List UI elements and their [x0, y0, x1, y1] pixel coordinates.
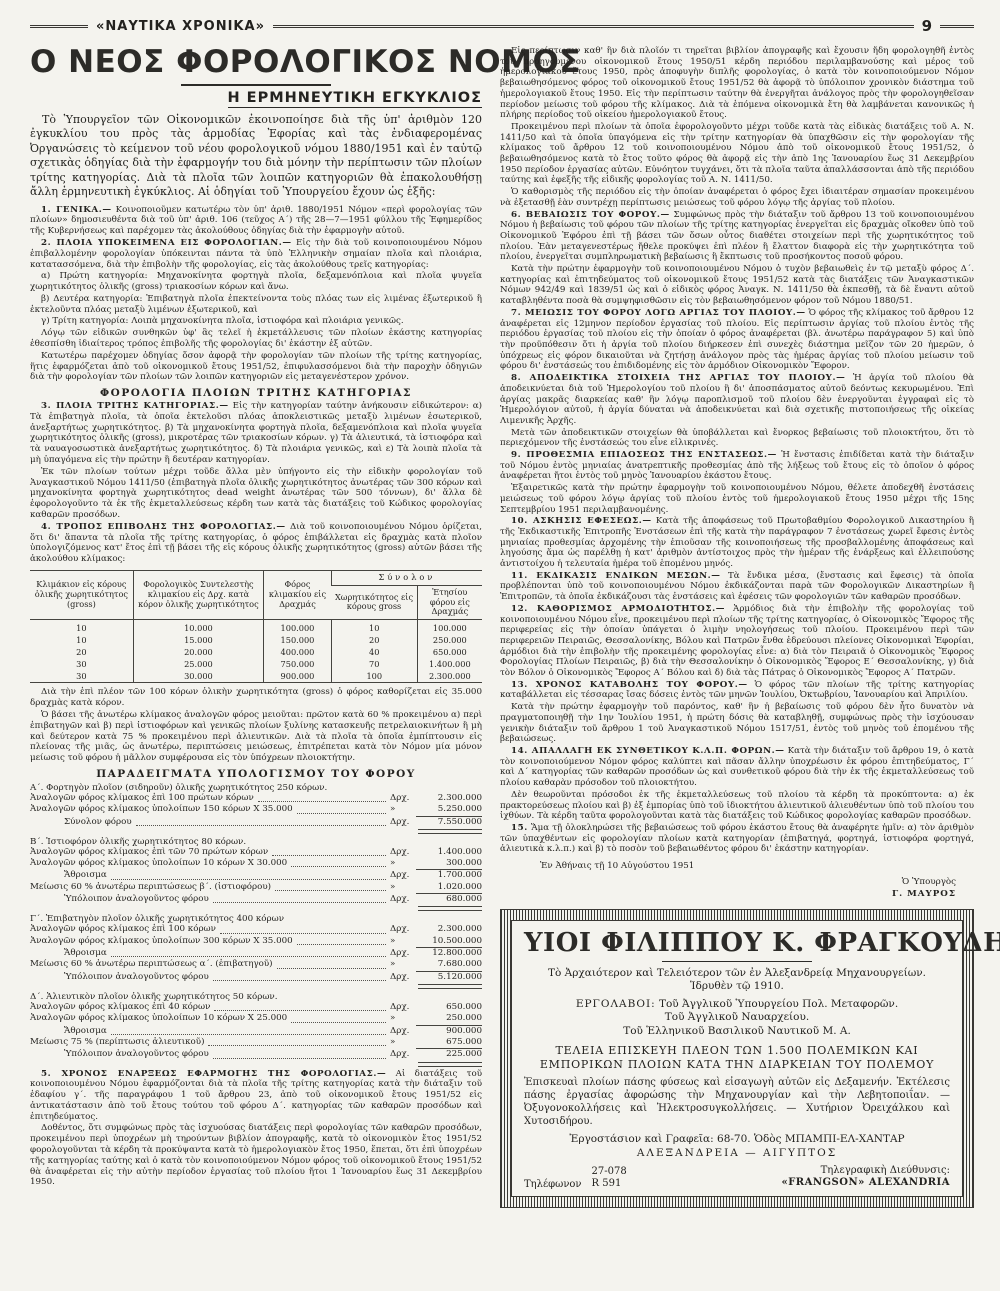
table-row: 1010.000100.00010100.000: [30, 620, 482, 635]
paragraph-text: γ) Τρίτη κατηγορία: Λοιπὰ μηχανοκίνητα π…: [41, 316, 404, 326]
leader-dots: [213, 902, 386, 903]
line-label: Μείωσις 75 % (περίπτωσις ἁλιευτικοῦ): [30, 1037, 204, 1048]
ad-contractors-label: ΕΡΓΟΛΑΒΟΙ:: [576, 998, 656, 1010]
leader-dots: [111, 879, 386, 880]
currency: Δρχ.: [390, 894, 416, 905]
table-cell: 250.000: [417, 635, 482, 647]
section-label: 13. ΧΡΟΝΟΣ ΚΑΤΑΒΟΛΗΣ ΤΟΥ ΦΟΡΟΥ.—: [511, 680, 748, 690]
paragraph-text: Μετὰ τῶν ἀποδεικτικῶν στοιχείων θὰ ὑποβά…: [500, 428, 974, 449]
paragraph-first-installment: Κατὰ τὴν πρώτην ἐφαρμογὴν τοῦ παρόντος, …: [500, 702, 974, 745]
leader-dots: [213, 1058, 386, 1059]
currency: Δρχ.: [390, 1002, 416, 1013]
masthead-rule-center: [273, 25, 914, 28]
paragraph-previous-taxation: Ἐκ τῶν πλοίων τούτων μέχρι τοῦδε ἄλλα μὲ…: [30, 467, 482, 521]
example-line: Ἀναλογῶν φόρος κλίμακος ὑπολοίπων 150 κό…: [30, 804, 482, 815]
leader-dots: [291, 866, 386, 867]
example-subtotal-line: ἌθροισμαΔρχ.900.000: [30, 1025, 482, 1037]
ad-phone-numbers: 27-078 R 591: [592, 1166, 627, 1190]
section-label: 1. ΓΕΝΙΚΑ.—: [41, 205, 112, 215]
currency: »: [390, 858, 416, 869]
paragraph-text: Ἁρμόδιος διὰ τὴν ἐπιβολὴν τῆς φορολογίας…: [500, 604, 974, 678]
intro-paragraph: Τὸ Ὑπουργεῖον τῶν Οἰκονομικῶν ἐκοινοποίη…: [30, 113, 482, 200]
example-total-line: Ὑπόλοιπον ἀναλογοῦντος φόρουΔρχ.680.000: [30, 893, 482, 905]
example-reduction-line: Μείωσις 60 % ἀνωτέρω περιπτώσεως β΄. (ἱσ…: [30, 882, 482, 893]
section-label: 5. ΧΡΟΝΟΣ ΕΝΑΡΞΕΩΣ ΕΦΑΡΜΟΓΗΣ ΤΗΣ ΦΟΡΟΛΟΓ…: [41, 1069, 386, 1079]
ad-address: Ἐργοστάσιον καὶ Γραφεῖα: 68-70. Ὁδὸς ΜΠΑ…: [524, 1133, 950, 1160]
table-cell: 100.000: [417, 620, 482, 635]
leader-dots: [297, 813, 386, 814]
example-line: Ἀναλογῶν φόρος κλίμακος ὑπολοίπων 10 κόρ…: [30, 858, 482, 869]
example-line: Ἀναλογῶν φόρος κλίμακος ὑπολοίπων 300 κό…: [30, 936, 482, 947]
example-line: Ἀναλογῶν φόρος κλίμακος ἐπὶ τῶν 70 πρώτω…: [30, 847, 482, 858]
currency: Δρχ.: [390, 793, 416, 804]
paragraph-application-detail: Δοθέντος, ὅτι συμφώνως πρὸς τὰς ἰσχυούσα…: [30, 1123, 482, 1188]
paragraph-text: Κατὰ τὴν πρώτην ἐφαρμογὴν τοῦ κοινοποιου…: [500, 264, 974, 306]
table-cell: 400.000: [264, 647, 332, 659]
paragraph-text: Δὲν θεωροῦνται πρόσοδοι ἐκ τῆς ἐκμεταλλε…: [500, 790, 974, 821]
two-column-layout: Ο ΝΕΟΣ ΦΟΡΟΛΟΓΙΚΟΣ ΝΟΜΟΣ Η ΕΡΜΗΝΕΥΤΙΚΗ Ε…: [30, 46, 974, 1208]
ad-company-name: ΥΙΟΙ ΦΙΛΙΠΠΟΥ Κ. ΦΡΑΓΚΟΥΔΗ: [524, 928, 950, 958]
leader-dots: [277, 968, 386, 969]
paragraph-text: Λόγῳ τῶν εἰδικῶν συνθηκῶν ὑφ' ἃς τελεῖ ἡ…: [30, 328, 482, 349]
section-label: 11. ΕΚΔΙΚΑΣΙΣ ΕΝΔΙΚΩΝ ΜΕΣΩΝ.—: [511, 571, 721, 581]
paragraph-idleness-evidence: 8. ΑΠΟΔΕΙΚΤΙΚΑ ΣΤΟΙΧΕΙΑ ΤΗΣ ΑΡΓΙΑΣ ΤΟΥ Π…: [500, 373, 974, 427]
currency: Δρχ.: [390, 1049, 416, 1060]
article-subtitle-text: Η ΕΡΜΗΝΕΥΤΙΚΗ ΕΓΚΥΚΛΙΟΣ: [228, 90, 483, 108]
paragraph-payment-time: 13. ΧΡΟΝΟΣ ΚΑΤΑΒΟΛΗΣ ΤΟΥ ΦΟΡΟΥ.— Ὁ φόρος…: [500, 680, 974, 701]
masthead-rule-right: [940, 25, 974, 28]
ad-phone-label: Τηλέφωνον: [524, 1179, 582, 1190]
example-block-d: Δ΄. Ἁλιευτικὸν πλοῖον ὁλικῆς χωρητικότητ…: [30, 992, 482, 1067]
amount: 7.680.000: [416, 959, 482, 970]
section-label: 9. ΠΡΟΘΕΣΜΙΑ ΕΠΙΔΟΣΕΩΣ ΤΗΣ ΕΝΣΤΑΣΕΩΣ.—: [511, 450, 777, 460]
paragraph-idleness-reduction: 7. ΜΕΙΩΣΙΣ ΤΟΥ ΦΟΡΟΥ ΛΟΓΩ ΑΡΓΙΑΣ ΤΟΥ ΠΛΟ…: [500, 308, 974, 372]
line-label: Μείωσις 60 % ἀνωτέρω περιπτώσεως β΄. (ἱσ…: [30, 882, 271, 893]
paragraph-text: Ἐκ τῶν πλοίων τούτων μέχρι τοῦδε ἄλλα μὲ…: [30, 467, 482, 520]
line-label: Ὑπόλοιπον ἀναλογοῦντος φόρου: [64, 1049, 209, 1060]
currency: »: [390, 959, 416, 970]
example-line: Ἀναλογῶν φόρος κλίμακος ὑπολοίπων 10 κόρ…: [30, 1013, 482, 1024]
signature-role: Ὁ Ὑπουργὸς: [500, 877, 956, 889]
line-label: Ἄθροισμα: [64, 870, 107, 881]
advertisement: ΥΙΟΙ ΦΙΛΙΠΠΟΥ Κ. ΦΡΑΓΚΟΥΔΗ Τὸ Ἀρχαιότερο…: [511, 920, 963, 1197]
currency: Δρχ.: [390, 972, 416, 983]
table-row: 2020.000400.00040650.000: [30, 647, 482, 659]
paragraph-adjudication: 11. ΕΚΔΙΚΑΣΙΣ ΕΝΔΙΚΩΝ ΜΕΣΩΝ.— Τὰ ἔνδικα …: [500, 571, 974, 603]
example-heading: Δ΄. Ἁλιευτικὸν πλοῖον ὁλικῆς χωρητικότητ…: [30, 992, 482, 1002]
line-label: Ἄθροισμα: [64, 948, 107, 959]
double-rule: [418, 906, 482, 911]
article-title: Ο ΝΕΟΣ ΦΟΡΟΛΟΓΙΚΟΣ ΝΟΜΟΣ: [30, 46, 482, 79]
ad-telegraph-label: Τηλεγραφικὴ Διεύθυνσις:: [781, 1165, 950, 1178]
table-cell: 20: [331, 635, 417, 647]
example-line: Ἀναλογῶν φόρος κλίμακος ἐπὶ 100 κόρωνΔρχ…: [30, 924, 482, 935]
article-subtitle: Η ΕΡΜΗΝΕΥΤΙΚΗ ΕΓΚΥΚΛΙΟΣ: [30, 90, 482, 106]
amount: 7.550.000: [416, 816, 482, 828]
paragraph-text: Ἐξαιρετικῶς κατὰ τὴν πρώτην ἐφαρμογὴν το…: [500, 483, 974, 514]
leader-dots: [275, 890, 386, 891]
ad-contractors: ΕΡΓΟΛΑΒΟΙ: Τοῦ Ἀγγλικοῦ Ὑπουργείου Πολ. …: [524, 998, 950, 1039]
currency: Δρχ.: [390, 948, 416, 959]
example-block-c: Γ΄. Ἐπιβατηγὸν πλοῖον ὁλικῆς χωρητικότητ…: [30, 914, 482, 989]
ad-repairs-statement: ΤΕΛΕΙΑ ΕΠΙΣΚΕΥΗ ΠΛΕΟΝ ΤΩΝ 1.500 ΠΟΛΕΜΙΚΩ…: [524, 1044, 950, 1073]
section-label: 12. ΚΑΘΟΡΙΣΜΟΣ ΑΡΜΟΔΙΟΤΗΤΟΣ.—: [511, 604, 725, 614]
leader-dots: [111, 1034, 386, 1035]
ad-address-city: ΑΛΕΞΑΝΔΡΕΙΑ — ΑΙΓΥΠΤΟΣ: [524, 1147, 950, 1161]
paragraph-tax-method: 4. ΤΡΟΠΟΣ ΕΠΙΒΟΛΗΣ ΤΗΣ ΦΟΡΟΛΟΓΙΑΣ.— Διὰ …: [30, 522, 482, 565]
line-label: Ὑπόλοιπον ἀναλογοῦντος φόρου: [64, 972, 209, 983]
amount: 2.300.000: [416, 793, 482, 804]
currency: »: [390, 804, 416, 815]
table-cell: 10: [30, 635, 133, 647]
ad-title-rule: [662, 961, 812, 962]
paragraph-over-100-tons: Διὰ τὴν ἐπὶ πλέον τῶν 100 κόρων ὁλικὴν χ…: [30, 687, 482, 709]
table-cell: 100: [331, 671, 417, 683]
amount: 5.120.000: [416, 971, 482, 983]
paragraph-text: α) Πρώτη κατηγορία: Μηχανοκίνητα φορτηγὰ…: [30, 271, 482, 292]
currency: Δρχ.: [390, 847, 416, 858]
paragraph-offset: Κατὰ τὴν πρώτην ἐφαρμογὴν τοῦ κοινοποιου…: [500, 264, 974, 307]
double-rule: [418, 829, 482, 834]
leader-dots: [291, 1022, 386, 1023]
table-header-bracket-tax: Φόρος κλιμακίου εἰς Δραχμάς: [264, 570, 332, 619]
example-reduction-line: Μείωσις 75 % (περίπτωσις ἁλιευτικοῦ)»675…: [30, 1037, 482, 1048]
amount: 10.500.000: [416, 936, 482, 947]
paragraph-exemption: 14. ΑΠΑΛΛΑΓΗ ΕΚ ΣΥΝΘΕΤΙΚΟΥ Κ.Λ.Π. ΦΟΡΩΝ.…: [500, 746, 974, 789]
currency: »: [390, 1037, 416, 1048]
paragraph-ships-subject: 2. ΠΛΟΙΑ ΥΠΟΚΕΙΜΕΝΑ ΕΙΣ ΦΟΡΟΛΟΓΙΑΝ.— Εἰς…: [30, 238, 482, 270]
ad-contractor-1: Τοῦ Ἀγγλικοῦ Ὑπουργείου Πολ. Μεταφορῶν.: [659, 998, 898, 1010]
double-rule: [418, 984, 482, 989]
example-total-line: Ὑπόλοιπον ἀναλογοῦντος φόρουΔρχ.5.120.00…: [30, 971, 482, 983]
line-label: Ἄθροισμα: [64, 1026, 107, 1037]
leader-dots: [214, 1010, 386, 1011]
paragraph-general: 1. ΓΕΝΙΚΑ.— Κοινοποιοῦμεν κατωτέρω τὸν ὑ…: [30, 205, 482, 237]
paragraph-category-a: α) Πρώτη κατηγορία: Μηχανοκίνητα φορτηγὰ…: [30, 271, 482, 293]
section-heading-third-category: ΦΟΡΟΛΟΓΙΑ ΠΛΟΙΩΝ ΤΡΙΤΗΣ ΚΑΤΗΓΟΡΙΑΣ: [30, 387, 482, 399]
paragraph-non-income: Δὲν θεωροῦνται πρόσοδοι ἐκ τῆς ἐκμεταλλε…: [500, 790, 974, 822]
leader-dots: [220, 933, 386, 934]
amount: 300.000: [416, 858, 482, 869]
ad-phone-number-2: R 591: [592, 1178, 627, 1190]
paragraph-text: Ὁ βάσει τῆς ἀνωτέρω κλίμακος ἀναλογῶν φό…: [30, 710, 482, 763]
example-line: Ἀναλογῶν φόρος κλίμακος ἐπὶ 40 κόρωνΔρχ.…: [30, 1002, 482, 1013]
table-cell: 15.000: [133, 635, 263, 647]
line-label: Ἀναλογῶν φόρος κλίμακος ἐπὶ 100 πρώτων κ…: [30, 793, 254, 804]
section-label: 7. ΜΕΙΩΣΙΣ ΤΟΥ ΦΟΡΟΥ ΛΟΓΩ ΑΡΓΙΑΣ ΤΟΥ ΠΛΟ…: [511, 308, 806, 318]
signature-block: Ὁ Ὑπουργὸς Γ. ΜΑΥΡΟΣ: [500, 877, 956, 900]
table-cell: 750.000: [264, 659, 332, 671]
amount: 1.020.000: [416, 882, 482, 893]
table-cell: 30.000: [133, 671, 263, 683]
example-subtotal-line: ἌθροισμαΔρχ.1.700.000: [30, 869, 482, 881]
line-label: Ἀναλογῶν φόρος κλίμακος ὑπολοίπων 10 κόρ…: [30, 858, 287, 869]
title-rule: [181, 84, 331, 86]
paragraph-period-definition: Ὁ καθορισμὸς τῆς περιόδου εἰς τὴν ὁποίαν…: [500, 187, 974, 208]
line-label: Ὑπόλοιπον ἀναλογοῦντος φόρου: [64, 894, 209, 905]
paragraph-logbook-case: Εἰς περίπτωσιν καθ' ἣν διὰ πλοῖόν τι τηρ…: [500, 46, 974, 121]
currency: Δρχ.: [390, 924, 416, 935]
date-line: Ἐν Ἀθήναις τῇ 10 Αὐγούστου 1951: [540, 861, 974, 871]
line-label: Μείωσις 60 % ἀνωτέρω περιπτώσεως α΄. (ἐπ…: [30, 959, 273, 970]
amount: 675.000: [416, 1037, 482, 1048]
line-label: Ἀναλογῶν φόρος κλίμακος ὑπολοίπων 150 κό…: [30, 804, 293, 815]
leader-dots: [213, 980, 386, 981]
currency: »: [390, 936, 416, 947]
magazine-page: «ΝΑΥΤΙΚΑ ΧΡΟΝΙΚΑ» 9 Ο ΝΕΟΣ ΦΟΡΟΛΟΓΙΚΟΣ Ν…: [0, 0, 1000, 1291]
amount: 2.300.000: [416, 924, 482, 935]
leader-dots: [272, 855, 386, 856]
paragraph-instructions-scope: Κατωτέρω παρέχομεν ὁδηγίας ὅσον ἀφορᾷ τὴ…: [30, 351, 482, 383]
ad-tagline: Τὸ Ἀρχαιότερον καὶ Τελειότερον τῶν ἐν Ἀλ…: [542, 967, 932, 994]
line-label: Ἀναλογῶν φόρος κλίμακος ἐπὶ 100 κόρων: [30, 924, 216, 935]
signature-name: Γ. ΜΑΥΡΟΣ: [500, 889, 956, 901]
table-cell: 25.000: [133, 659, 263, 671]
paragraph-third-category: 3. ΠΛΟΙΑ ΤΡΙΤΗΣ ΚΑΤΗΓΟΡΙΑΣ.— Εἰς τὴν κατ…: [30, 401, 482, 466]
ad-contractor-3: Τοῦ Ἑλληνικοῦ Βασιλικοῦ Ναυτικοῦ Μ. Α.: [524, 1025, 950, 1039]
advertisement-frame: ΥΙΟΙ ΦΙΛΙΠΠΟΥ Κ. ΦΡΑΓΚΟΥΔΗ Τὸ Ἀρχαιότερο…: [500, 909, 974, 1208]
example-heading: Α΄. Φορτηγὸν πλοῖον (σιδηροῦν) ὁλικῆς χω…: [30, 783, 482, 793]
table-cell: 1.400.000: [417, 659, 482, 671]
table-cell: 10: [331, 620, 417, 635]
amount: 1.700.000: [416, 869, 482, 881]
table-cell: 100.000: [264, 620, 332, 635]
table-row: 3030.000900.0001002.300.000: [30, 671, 482, 683]
leader-dots: [136, 825, 386, 826]
paragraph-text: Ὁ καθορισμὸς τῆς περιόδου εἰς τὴν ὁποίαν…: [500, 187, 974, 208]
paragraph-text: β) Δευτέρα κατηγορία: Ἐπιβατηγὰ πλοῖα ἐπ…: [30, 294, 482, 315]
left-column: Ο ΝΕΟΣ ΦΟΡΟΛΟΓΙΚΟΣ ΝΟΜΟΣ Η ΕΡΜΗΝΕΥΤΙΚΗ Ε…: [30, 46, 482, 1208]
section-label: 14. ΑΠΑΛΛΑΓΗ ΕΚ ΣΥΝΘΕΤΙΚΟΥ Κ.Λ.Π. ΦΟΡΩΝ.…: [511, 746, 785, 756]
amount: 250.000: [416, 1013, 482, 1024]
currency: Δρχ.: [390, 1026, 416, 1037]
line-label: Ἀναλογῶν φόρος κλίμακος ἐπὶ 40 κόρων: [30, 1002, 210, 1013]
table-header-total-group: Σύνολον: [331, 570, 482, 585]
example-reduction-line: Μείωσις 60 % ἀνωτέρω περιπτώσεως α΄. (ἐπ…: [30, 959, 482, 970]
paragraph-sworn-statement: Μετὰ τῶν ἀποδεικτικῶν στοιχείων θὰ ὑποβά…: [500, 428, 974, 449]
paragraph-text: Κατὰ τὴν πρώτην ἐφαρμογὴν τοῦ παρόντος, …: [500, 702, 974, 744]
currency: Δρχ.: [390, 870, 416, 881]
table-cell: 30: [30, 671, 133, 683]
table-cell: 40: [331, 647, 417, 659]
table-cell: 20: [30, 647, 133, 659]
leader-dots: [258, 801, 386, 802]
paragraph-text: Δοθέντος, ὅτι συμφώνως πρὸς τὰς ἰσχυούσα…: [30, 1123, 482, 1187]
paragraph-text: Διὰ τὴν ἐπὶ πλέον τῶν 100 κόρων ὁλικὴν χ…: [30, 687, 482, 708]
amount: 650.000: [416, 1002, 482, 1013]
paragraph-application-time: 5. ΧΡΟΝΟΣ ΕΝΑΡΞΕΩΣ ΕΦΑΡΜΟΓΗΣ ΤΗΣ ΦΟΡΟΛΟΓ…: [30, 1069, 482, 1123]
example-total-line: Σύνολον φόρουΔρχ.7.550.000: [30, 816, 482, 828]
ad-services: Ἐπισκευαὶ πλοίων πάσης φύσεως καὶ εἰσαγω…: [524, 1077, 950, 1128]
table-header-rate: Φορολογικὸς Συντελεστὴς κλιμακίου εἰς Δρ…: [133, 570, 263, 619]
right-column: Εἰς περίπτωσιν καθ' ἣν διὰ πλοῖόν τι τηρ…: [500, 46, 974, 1208]
table-cell: 650.000: [417, 647, 482, 659]
paragraph-text: Ἅμα τῇ ὁλοκληρώσει τῆς βεβαιώσεως τοῦ φό…: [500, 823, 974, 854]
paragraph-exceptional-deadline: Ἐξαιρετικῶς κατὰ τὴν πρώτην ἐφαρμογὴν το…: [500, 483, 974, 515]
masthead-rule-left: [30, 25, 88, 28]
example-heading: Γ΄. Ἐπιβατηγὸν πλοῖον ὁλικῆς χωρητικότητ…: [30, 914, 482, 924]
table-header-annual-tax: Ἐτησίου φόρου εἰς Δραχμάς: [417, 585, 482, 620]
paragraph-tax-certification: 6. ΒΕΒΑΙΩΣΙΣ ΤΟΥ ΦΟΡΟΥ.— Συμφώνως πρὸς τ…: [500, 210, 974, 264]
paragraph-objection-deadline: 9. ΠΡΟΘΕΣΜΙΑ ΕΠΙΔΟΣΕΩΣ ΤΗΣ ΕΝΣΤΑΣΕΩΣ.— Ἡ…: [500, 450, 974, 482]
paragraph-an-1411-ships: Προκειμένου περὶ πλοίων τὰ ὁποῖα ἐφορολο…: [500, 122, 974, 186]
line-label: Ἀναλογῶν φόρος κλίμακος ὑπολοίπων 300 κό…: [30, 936, 293, 947]
paragraph-text: Προκειμένου περὶ πλοίων τὰ ὁποῖα ἐφορολο…: [500, 122, 974, 186]
ad-phone-number-1: 27-078: [592, 1166, 627, 1178]
paragraph-text: Κατωτέρω παρέχομεν ὁδηγίας ὅσον ἀφορᾷ τὴ…: [30, 351, 482, 383]
line-label: Ἀναλογῶν φόρος κλίμακος ἐπὶ τῶν 70 πρώτω…: [30, 847, 268, 858]
line-label: Σύνολον φόρου: [64, 817, 132, 828]
table-cell: 2.300.000: [417, 671, 482, 683]
table-row: 1015.000150.00020250.000: [30, 635, 482, 647]
example-subtotal-line: ἌθροισμαΔρχ.12.800.000: [30, 947, 482, 959]
section-label: 15.: [511, 823, 528, 833]
paragraph-reporting: 15. Ἅμα τῇ ὁλοκληρώσει τῆς βεβαιώσεως το…: [500, 823, 974, 855]
example-total-line: Ὑπόλοιπον ἀναλογοῦντος φόρουΔρχ.225.000: [30, 1048, 482, 1060]
paragraph-appeal: 10. ΑΣΚΗΣΙΣ ΕΦΕΣΕΩΣ.— Κατὰ τῆς ἀποφάσεως…: [500, 516, 974, 570]
example-block-a: Α΄. Φορτηγὸν πλοῖον (σιδηροῦν) ὁλικῆς χω…: [30, 783, 482, 834]
table-cell: 10: [30, 620, 133, 635]
page-number: 9: [922, 17, 932, 35]
ad-phone: Τηλέφωνον 27-078 R 591: [524, 1166, 627, 1190]
example-block-b: Β΄. Ἱστιοφόρον ὁλικῆς χωρητικότητος 80 κ…: [30, 837, 482, 912]
masthead: «ΝΑΥΤΙΚΑ ΧΡΟΝΙΚΑ» 9: [30, 14, 974, 38]
currency: »: [390, 1013, 416, 1024]
leader-dots: [297, 944, 386, 945]
amount: 5.250.000: [416, 804, 482, 815]
example-line: Ἀναλογῶν φόρος κλίμακος ἐπὶ 100 πρώτων κ…: [30, 793, 482, 804]
example-heading: Β΄. Ἱστιοφόρον ὁλικῆς χωρητικότητος 80 κ…: [30, 837, 482, 847]
amount: 225.000: [416, 1048, 482, 1060]
double-rule: [418, 1062, 482, 1067]
table-row: 3025.000750.000701.400.000: [30, 659, 482, 671]
ad-address-street: Ἐργοστάσιον καὶ Γραφεῖα: 68-70. Ὁδὸς ΜΠΑ…: [524, 1133, 950, 1147]
table-cell: 10.000: [133, 620, 263, 635]
paragraph-text: Εἰς περίπτωσιν καθ' ἣν διὰ πλοῖόν τι τηρ…: [500, 46, 974, 120]
leader-dots: [111, 956, 386, 957]
paragraph-special-conditions: Λόγῳ τῶν εἰδικῶν συνθηκῶν ὑφ' ἃς τελεῖ ἡ…: [30, 328, 482, 350]
section-label: 6. ΒΕΒΑΙΩΣΙΣ ΤΟΥ ΦΟΡΟΥ.—: [511, 210, 670, 220]
line-label: Ἀναλογῶν φόρος κλίμακος ὑπολοίπων 10 κόρ…: [30, 1013, 287, 1024]
amount: 12.800.000: [416, 947, 482, 959]
currency: »: [390, 882, 416, 893]
table-header-tonnage: Χωρητικότητος εἰς κόρους gross: [331, 585, 417, 620]
amount: 680.000: [416, 893, 482, 905]
ad-telegraph: Τηλεγραφικὴ Διεύθυνσις: «FRANGSON» ALEXA…: [781, 1165, 950, 1190]
paragraph-category-c: γ) Τρίτη κατηγορία: Λοιπὰ μηχανοκίνητα π…: [30, 316, 482, 327]
table-cell: 70: [331, 659, 417, 671]
tax-scale-table: Κλιμάκιον εἰς κόρους ὁλικῆς χωρητικότητο…: [30, 570, 482, 684]
currency: Δρχ.: [390, 817, 416, 828]
section-label: 10. ΑΣΚΗΣΙΣ ΕΦΕΣΕΩΣ.—: [511, 516, 652, 526]
amount: 900.000: [416, 1025, 482, 1037]
leader-dots: [208, 1045, 386, 1046]
ad-contractor-2: Τοῦ Ἀγγλικοῦ Ναυαρχείου.: [524, 1011, 950, 1025]
ad-contact-row: Τηλέφωνον 27-078 R 591 Τηλεγραφικὴ Διεύθ…: [524, 1165, 950, 1190]
section-label: 2. ΠΛΟΙΑ ΥΠΟΚΕΙΜΕΝΑ ΕΙΣ ΦΟΡΟΛΟΓΙΑΝ.—: [41, 238, 292, 248]
paragraph-reductions: Ὁ βάσει τῆς ἀνωτέρω κλίμακος ἀναλογῶν φό…: [30, 710, 482, 764]
paragraph-jurisdiction: 12. ΚΑΘΟΡΙΣΜΟΣ ΑΡΜΟΔΙΟΤΗΤΟΣ.— Ἁρμόδιος δ…: [500, 604, 974, 679]
section-label: 3. ΠΛΟΙΑ ΤΡΙΤΗΣ ΚΑΤΗΓΟΡΙΑΣ.—: [41, 401, 229, 411]
section-heading-examples: ΠΑΡΑΔΕΙΓΜΑΤΑ ΥΠΟΛΟΓΙΣΜΟΥ ΤΟΥ ΦΟΡΟΥ: [30, 768, 482, 780]
table-cell: 20.000: [133, 647, 263, 659]
table-cell: 150.000: [264, 635, 332, 647]
paragraph-category-b: β) Δευτέρα κατηγορία: Ἐπιβατηγὰ πλοῖα ἐπ…: [30, 294, 482, 316]
masthead-title: «ΝΑΥΤΙΚΑ ΧΡΟΝΙΚΑ»: [96, 19, 265, 34]
amount: 1.400.000: [416, 847, 482, 858]
section-label: 8. ΑΠΟΔΕΙΚΤΙΚΑ ΣΤΟΙΧΕΙΑ ΤΗΣ ΑΡΓΙΑΣ ΤΟΥ Π…: [511, 373, 845, 383]
section-label: 4. ΤΡΟΠΟΣ ΕΠΙΒΟΛΗΣ ΤΗΣ ΦΟΡΟΛΟΓΙΑΣ.—: [41, 522, 286, 532]
table-cell: 900.000: [264, 671, 332, 683]
table-cell: 30: [30, 659, 133, 671]
ad-telegraph-value: «FRANGSON» ALEXANDRIA: [781, 1177, 950, 1190]
table-header-bracket: Κλιμάκιον εἰς κόρους ὁλικῆς χωρητικότητο…: [30, 570, 133, 619]
